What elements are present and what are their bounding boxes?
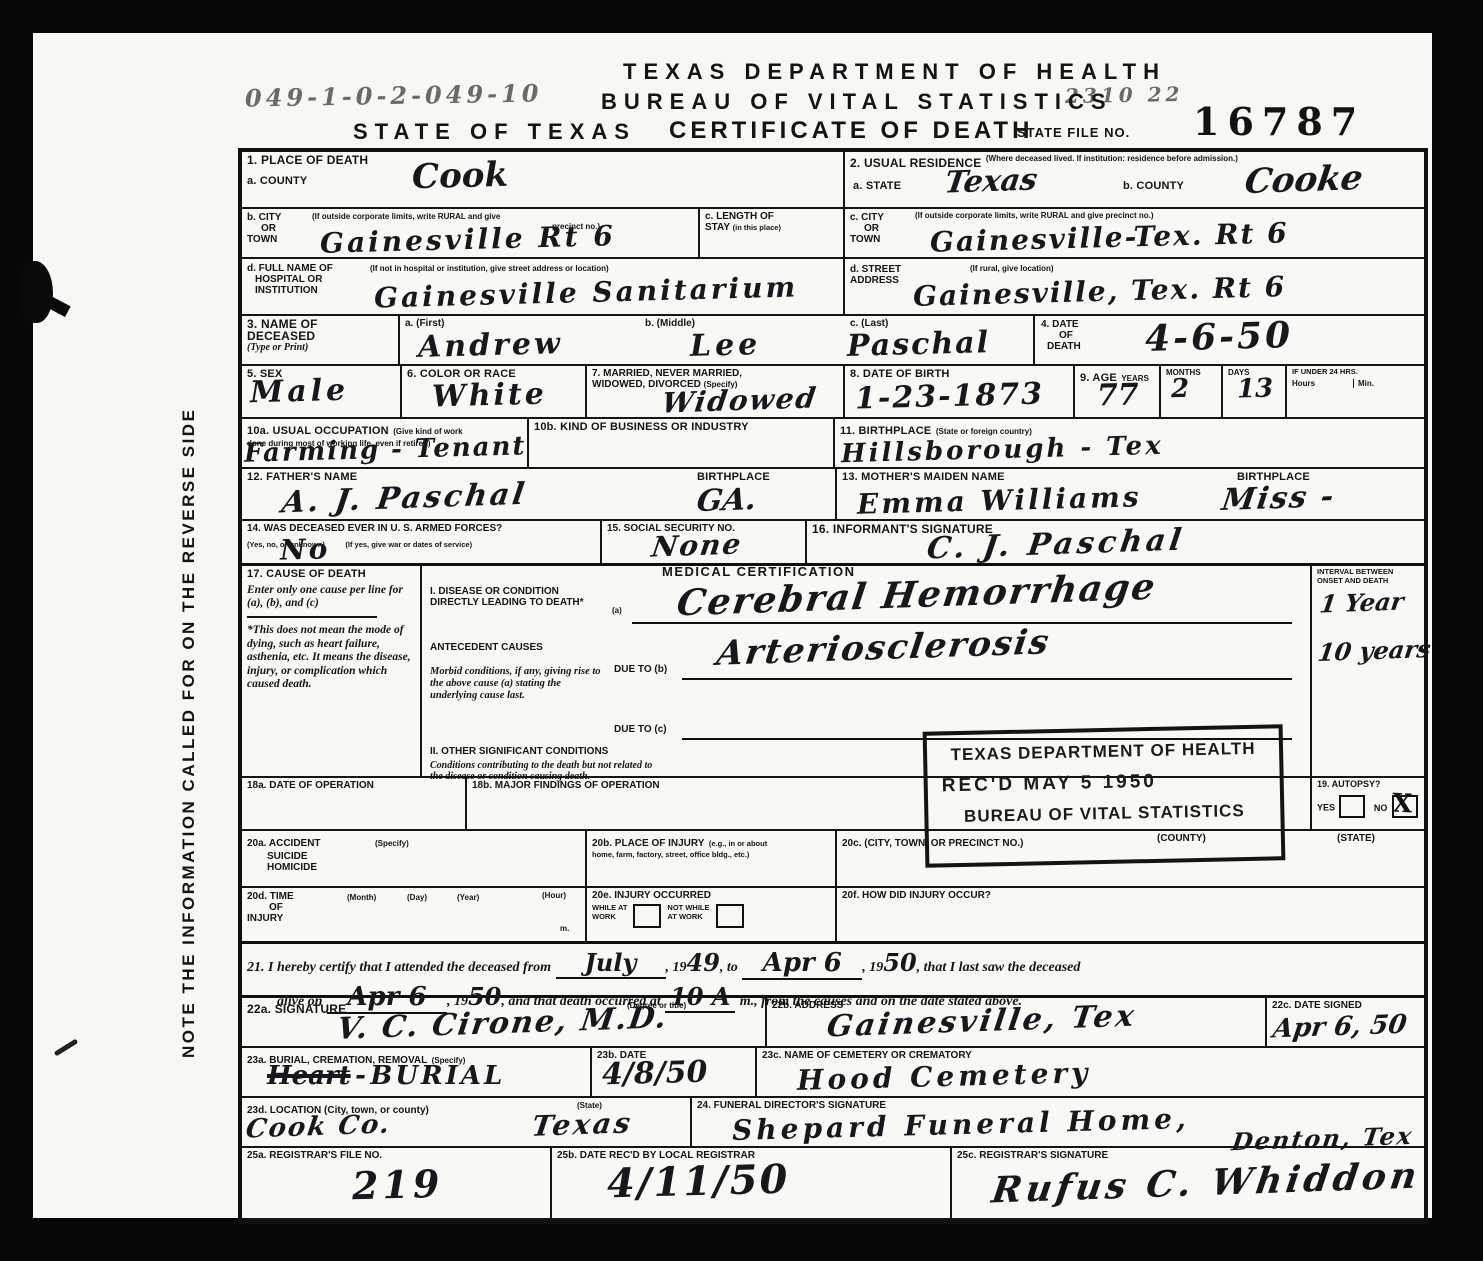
cert-blank-1: July [556, 948, 666, 979]
field-birthplace: 11. BIRTHPLACE (State or foreign country… [835, 419, 1424, 467]
field-occupation: 10a. USUAL OCCUPATION (Give kind of work… [242, 419, 529, 467]
marital-value: Widowed [660, 381, 820, 420]
residence-city-label: c. CITY OR TOWN [850, 212, 884, 245]
injury-occurred-label: 20e. INJURY OCCURRED [592, 890, 830, 901]
field-sex: 5. SEX Male [242, 366, 402, 417]
field-race: 6. COLOR OR RACE White [402, 366, 587, 417]
pencil-annotation-left: 049-1-0-2-049-10 [245, 78, 543, 112]
not-while-at-work-checkbox [716, 904, 744, 928]
reverse-side-note: NOTE THE INFORMATION CALLED FOR ON THE R… [179, 408, 199, 1058]
not-while-2: AT WORK [667, 913, 709, 922]
header-certificate-title: CERTIFICATE OF DEATH [669, 117, 1033, 145]
residence-county-value: Cooke [1242, 158, 1365, 202]
burial-dash: - [355, 1061, 366, 1091]
field-burial-location: 23d. LOCATION (City, town, or county) (S… [242, 1098, 692, 1146]
while-at-work-label: WHILE AT WORK [592, 904, 627, 928]
burial-struck-word: Heart [267, 1061, 351, 1091]
field-father-name: 12. FATHER'S NAME A. J. Paschal BIRTHPLA… [242, 469, 837, 519]
signature-label: 22a. SIGNATURE [247, 1002, 346, 1016]
cause-of-death-label: 17. CAUSE OF DEATH [247, 568, 415, 580]
suicide-label: SUICIDE [247, 851, 580, 862]
residence-county-label: b. COUNTY [1123, 180, 1184, 192]
registrar-signature-value: Rufus C. Whiddon [989, 1154, 1423, 1211]
field-physician-address: 22b. ADDRESS Gainesville, Tex [767, 998, 1267, 1046]
age-days-value: 13 [1237, 374, 1274, 405]
date-received-value: 4/11/50 [606, 1156, 790, 1208]
cause-b-value: Arteriosclerosis [714, 622, 1053, 674]
stamp-line-3: BUREAU OF VITAL STATISTICS [928, 800, 1280, 827]
stamp-line-1: TEXAS DEPARTMENT OF HEALTH [927, 738, 1279, 765]
field-date-of-operation: 18a. DATE OF OPERATION [242, 778, 467, 829]
stay-label-2-text: STAY [705, 222, 730, 233]
street-label-1: d. STREET [850, 264, 901, 275]
not-while-at-work-label: NOT WHILE AT WORK [667, 904, 709, 928]
field-street-address: d. STREET ADDRESS (If rural, give locati… [845, 259, 1424, 314]
mother-birthplace-value: Miss - [1220, 479, 1338, 518]
header-state-of-texas: STATE OF TEXAS [353, 119, 636, 145]
field-city-of-death: b. CITY OR TOWN (If outside corporate li… [242, 209, 700, 257]
while-at-work-checkbox [633, 904, 661, 928]
attended-from-value: July [585, 948, 637, 977]
field-business-industry: 10b. KIND OF BUSINESS OR INDUSTRY [529, 419, 835, 467]
cause-b-line [682, 678, 1292, 680]
place-of-death-label: 1. PLACE OF DEATH [247, 154, 838, 166]
city-label-1: b. CITY [247, 212, 281, 223]
interval-a-value: 1 Year [1318, 586, 1406, 618]
ink-blot [19, 261, 53, 323]
field-interval: INTERVAL BETWEEN ONSET AND DEATH 1 Year … [1312, 566, 1424, 776]
birthplace-label: 11. BIRTHPLACE [840, 425, 931, 437]
field-informant: 16. INFORMANT'S SIGNATURE C. J. Paschal [807, 521, 1424, 563]
place-of-injury-note: (e.g., in or about [709, 839, 767, 848]
field-last-name: c. (Last) Paschal [845, 316, 1035, 364]
cert-text-3: , to [720, 960, 738, 975]
field-residence-city: c. CITY OR TOWN (If outside corporate li… [845, 209, 1424, 257]
age-years-value: 77 [1097, 377, 1140, 413]
day-note: (Day) [407, 893, 427, 902]
autopsy-yes-checkbox [1339, 795, 1365, 818]
disease-label-2: DIRECTLY LEADING TO DEATH* [430, 597, 584, 608]
field-middle-name: b. (Middle) Lee [640, 316, 845, 364]
place-of-injury-label: 20b. PLACE OF INJURY [592, 838, 704, 849]
race-value: White [432, 377, 548, 415]
field-accident-suicide-homicide: 20a. ACCIDENT (Specify) SUICIDE HOMICIDE [242, 831, 587, 886]
registrar-file-value: 219 [351, 1161, 443, 1208]
state-value: Texas [943, 162, 1040, 200]
date-of-death-value: 4-6-50 [1144, 314, 1293, 360]
field-age-days: DAYS 13 [1223, 366, 1287, 417]
stamp-line-2: REC'D MAY 5 1950 [928, 768, 1280, 797]
field-length-of-stay: c. LENGTH OF STAY (in this place) [700, 209, 845, 257]
burial-value-wrap: Heart - BURIAL [267, 1061, 505, 1091]
residence-city-label-3: TOWN [850, 234, 884, 245]
cert-text-5: , that I last saw the deceased [917, 960, 1081, 975]
armed-forces-value: No [280, 532, 331, 566]
street-value: Gainesville, Tex. Rt 6 [913, 270, 1287, 313]
morbid-note: Morbid conditions, if any, giving rise t… [430, 666, 610, 702]
field-burial-type: 23a. BURIAL, CREMATION, REMOVAL (Specify… [242, 1048, 592, 1096]
field-first-name: a. (First) Andrew [400, 316, 640, 364]
middle-name-value: Lee [690, 327, 762, 364]
autopsy-no-checkbox: X [1392, 795, 1418, 818]
due-to-b-label: DUE TO (b) [614, 664, 667, 675]
field-date-received: 25b. DATE REC'D BY LOCAL REGISTRAR 4/11/… [552, 1148, 952, 1218]
county-label: a. COUNTY [247, 175, 838, 187]
field-registrar-file-no: 25a. REGISTRAR'S FILE NO. 219 [242, 1148, 552, 1218]
registrar-file-label: 25a. REGISTRAR'S FILE NO. [247, 1150, 545, 1161]
field-marital-status: 7. MARRIED, NEVER MARRIED, WIDOWED, DIVO… [587, 366, 845, 417]
first-name-value: Andrew [418, 326, 564, 365]
cause-note-1: Enter only one cause per line for (a), (… [247, 584, 415, 610]
autopsy-no-label: NO [1374, 803, 1388, 813]
date-signed-value: Apr 6, 50 [1271, 1010, 1409, 1045]
stay-label: c. LENGTH OF [705, 211, 838, 222]
field-funeral-director: 24. FUNERAL DIRECTOR'S SIGNATURE Shepard… [692, 1098, 1424, 1146]
field-armed-forces: 14. WAS DECEASED EVER IN U. S. ARMED FOR… [242, 521, 602, 563]
x-mark-icon: X [1391, 788, 1413, 819]
min-label: Min. [1354, 379, 1419, 388]
burial-value: BURIAL [370, 1061, 505, 1091]
hours-min-wrap: Hours Min. [1292, 379, 1419, 388]
physician-signature-value: V. C. Cirone, M.D. [335, 1000, 671, 1047]
burial-state-value: Texas [530, 1106, 636, 1143]
last-name-value: Paschal [847, 325, 991, 364]
field-ssn: 15. SOCIAL SECURITY NO. None [602, 521, 807, 563]
street-label: d. STREET ADDRESS [850, 264, 901, 286]
time-of-injury-label: 20d. TIME OF INJURY [247, 891, 294, 924]
disease-label-1: I. DISEASE OR CONDITION [430, 586, 584, 597]
injury-occurred-options: WHILE AT WORK NOT WHILE AT WORK [592, 904, 830, 928]
hospital-label-3: INSTITUTION [247, 285, 333, 296]
how-injury-label: 20f. HOW DID INJURY OCCUR? [842, 890, 1419, 901]
cert-line-1: 21. I hereby certify that I attended the… [247, 948, 1419, 980]
scanned-death-certificate: NOTE THE INFORMATION CALLED FOR ON THE R… [0, 0, 1483, 1261]
margin-divider [247, 616, 377, 618]
field-usual-residence: 2. USUAL RESIDENCE (Where deceased lived… [845, 152, 1424, 207]
accident-label: 20a. ACCIDENT [247, 838, 321, 849]
hospital-label-2: HOSPITAL OR [247, 274, 333, 285]
received-stamp: TEXAS DEPARTMENT OF HEALTH REC'D MAY 5 1… [923, 724, 1286, 868]
date-of-operation-label: 18a. DATE OF OPERATION [247, 780, 460, 791]
field-age-years: 9. AGE YEARS 77 [1075, 366, 1161, 417]
sex-value: Male [250, 373, 350, 411]
month-note: (Month) [347, 893, 376, 902]
usual-residence-note: (Where deceased lived. If institution: r… [986, 154, 1256, 163]
mother-name-value: Emma Williams [857, 480, 1142, 520]
interval-b-value: 10 years [1316, 634, 1433, 667]
year-note: (Year) [457, 893, 479, 902]
dob-value: 1-23-1873 [855, 377, 1045, 417]
header-bureau: BUREAU OF VITAL STATISTICS [601, 89, 1113, 115]
autopsy-options: YES NO X [1317, 795, 1419, 818]
to-year-value: 50 [883, 948, 916, 977]
under-24-label: IF UNDER 24 HRS. [1292, 368, 1419, 377]
field-physician-signature: 22a. SIGNATURE (Degree or title) V. C. C… [242, 998, 767, 1046]
street-note: (If rural, give location) [970, 264, 1054, 273]
field-age-under-24: IF UNDER 24 HRS. Hours Min. [1287, 366, 1424, 417]
armed-forces-note-2: (If yes, give war or dates of service) [345, 540, 472, 549]
field-autopsy: 19. AUTOPSY? YES NO X [1312, 778, 1424, 829]
father-birthplace-value: GA. [695, 482, 759, 519]
date-of-death-label: 4. DATE OF DEATH [1041, 319, 1081, 352]
field-place-of-death: 1. PLACE OF DEATH a. COUNTY Cook [242, 152, 845, 207]
county-value: Cook [411, 155, 508, 197]
stay-label-2: STAY (in this place) [705, 222, 838, 233]
field-injury-occurred: 20e. INJURY OCCURRED WHILE AT WORK NOT W… [587, 888, 837, 941]
field-place-of-injury: 20b. PLACE OF INJURY (e.g., in or about … [587, 831, 837, 886]
field-cause-of-death-margin: 17. CAUSE OF DEATH Enter only one cause … [242, 566, 422, 776]
father-name-value: A. J. Paschal [280, 477, 530, 521]
stay-note: (in this place) [733, 223, 781, 232]
field-burial-date: 23b. DATE 4/8/50 [592, 1048, 757, 1096]
street-label-2: ADDRESS [850, 275, 901, 286]
time-of-injury-label-3: INJURY [247, 913, 294, 924]
cemetery-value: Hood Cemetery [797, 1056, 1092, 1097]
injury-state-label: (STATE) [1337, 833, 1375, 844]
burial-location-value: Cook Co. [244, 1109, 393, 1144]
type-or-print-note: (Type or Print) [247, 342, 393, 353]
certificate-paper: NOTE THE INFORMATION CALLED FOR ON THE R… [33, 33, 1432, 1218]
homicide-label: HOMICIDE [247, 862, 580, 873]
state-label: a. STATE [853, 180, 901, 192]
date-of-death-label-3: DEATH [1041, 341, 1081, 352]
due-to-c-label: DUE TO (c) [614, 724, 667, 735]
field-name-label: 3. NAME OF DECEASED (Type or Print) [242, 316, 400, 364]
field-registrar-signature: 25c. REGISTRAR'S SIGNATURE Rufus C. Whid… [952, 1148, 1424, 1218]
field-hospital: d. FULL NAME OF HOSPITAL OR INSTITUTION … [242, 259, 845, 314]
cert-blank-2: Apr 6 [742, 948, 862, 980]
age-months-value: 2 [1171, 374, 1190, 404]
state-file-number: 16787 [1193, 99, 1365, 144]
deceased-label: DECEASED [247, 330, 393, 342]
ink-mark [47, 297, 70, 317]
residence-city-value: Gainesville-Tex. Rt 6 [930, 216, 1289, 258]
city-label: b. CITY OR TOWN [247, 212, 281, 245]
cause-note-2: *This does not mean the mode of dying, s… [247, 624, 415, 692]
certificate-form: 1. PLACE OF DEATH a. COUNTY Cook 2. USUA… [238, 148, 1428, 1224]
business-label: 10b. KIND OF BUSINESS OR INDUSTRY [534, 421, 828, 433]
hospital-label: d. FULL NAME OF HOSPITAL OR INSTITUTION [247, 263, 333, 296]
field-certification-statement: 21. I hereby certify that I attended the… [242, 944, 1424, 995]
field-mother-name: 13. MOTHER'S MAIDEN NAME Emma Williams B… [837, 469, 1424, 519]
interval-label-2: ONSET AND DEATH [1317, 577, 1419, 586]
time-of-injury-label-2: OF [247, 902, 294, 913]
date-of-death-label-1: 4. DATE [1041, 319, 1081, 330]
hospital-label-1: d. FULL NAME OF [247, 263, 333, 274]
field-how-injury-occurred: 20f. HOW DID INJURY OCCUR? [837, 888, 1424, 941]
ssn-value: None [650, 527, 745, 563]
attended-to-value: Apr 6 [763, 948, 842, 978]
hospital-value: Gainesville Sanitarium [374, 270, 799, 314]
cert-text-1: 21. I hereby certify that I attended the… [247, 960, 551, 975]
occupation-value: Farming - Tenant [244, 431, 527, 468]
from-year-value: 49 [687, 948, 720, 977]
while-at-work-2: WORK [592, 913, 627, 922]
cause-a-tag: (a) [612, 606, 622, 615]
date-of-death-label-2: OF [1041, 330, 1081, 341]
header-department: TEXAS DEPARTMENT OF HEALTH [623, 59, 1166, 85]
father-birthplace-label: BIRTHPLACE [697, 471, 770, 483]
field-age-months: MONTHS 2 [1161, 366, 1223, 417]
city-label-2: OR [247, 223, 281, 234]
m-note: m. [560, 924, 569, 933]
autopsy-yes-label: YES [1317, 803, 1335, 813]
other-conditions-label: II. OTHER SIGNIFICANT CONDITIONS [430, 746, 608, 757]
field-cemetery: 23c. NAME OF CEMETERY OR CREMATORY Hood … [757, 1048, 1424, 1096]
field-date-of-death: 4. DATE OF DEATH 4-6-50 [1035, 316, 1424, 364]
burial-date-value: 4/8/50 [602, 1055, 708, 1093]
hour-note: (Hour) [542, 891, 566, 900]
state-file-no-label: STATE FILE NO. [1017, 127, 1130, 139]
city-label-3: TOWN [247, 234, 281, 245]
cert-text-2: , 19 [666, 960, 687, 975]
marital-label-1: 7. MARRIED, NEVER MARRIED, [592, 368, 838, 379]
cert-text-4: , 19 [862, 960, 883, 975]
field-date-of-birth: 8. DATE OF BIRTH 1-23-1873 [845, 366, 1075, 417]
field-date-signed: 22c. DATE SIGNED Apr 6, 50 [1267, 998, 1424, 1046]
pencil-check-mark [54, 1038, 79, 1056]
disease-label: I. DISEASE OR CONDITION DIRECTLY LEADING… [430, 586, 584, 608]
residence-city-label-1: c. CITY [850, 212, 884, 223]
specify-note: (Specify) [375, 839, 409, 848]
city-value: Gainesville Rt 6 [320, 219, 617, 260]
autopsy-label: 19. AUTOPSY? [1317, 780, 1419, 789]
time-of-injury-label-1: 20d. TIME [247, 891, 294, 902]
field-time-of-injury: 20d. TIME OF INJURY (Month) (Day) (Year)… [242, 888, 587, 941]
antecedent-label: ANTECEDENT CAUSES [430, 642, 543, 653]
place-of-injury-note-2: home, farm, factory, street, office bldg… [592, 851, 830, 860]
residence-city-label-2: OR [850, 223, 884, 234]
hours-label: Hours [1292, 379, 1354, 388]
